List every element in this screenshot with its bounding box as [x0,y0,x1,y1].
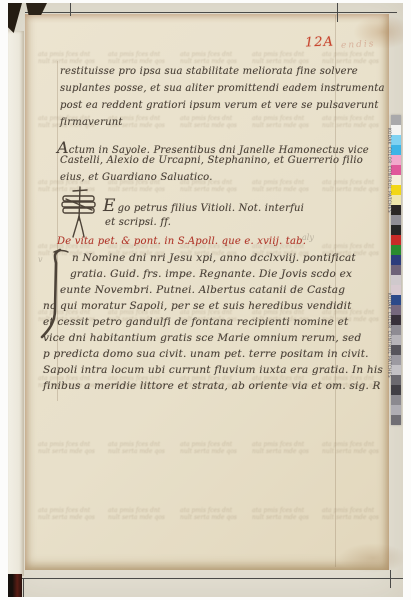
color-patch [391,255,401,265]
color-patch [391,245,401,255]
main-text-line: p predicta domo sua civit. unam pet. ter… [43,348,369,364]
color-patch [391,325,401,335]
ghost-text-patch: ata pmis fces dntnult serta mde qos [108,51,165,65]
color-patch [391,155,401,165]
ghost-text-patch: ata pmis fces dntnult serta mde qos [108,441,165,455]
binding-clamp-bottom-left [8,574,22,597]
ghost-text-patch: ata pmis fces dntnult serta mde qos [180,441,237,455]
color-patch [391,415,401,425]
actum-text-line: Actum in Sayole. Presentibus dni Janelle… [57,138,369,154]
ghost-text-patch: ata pmis fces dntnult serta mde qos [252,179,309,193]
ghost-text-patch: ata pmis fces dntnult serta mde qos [38,507,95,521]
main-text-line: n Nomine dni nri Jesu xpi, anno dcclxvii… [72,252,356,268]
ghost-text-patch: ata pmis fces dntnult serta mde qos [180,51,237,65]
color-patch [391,275,401,285]
attestation-line: Ego petrus filius Vitioli. Not. interfui [103,196,304,212]
color-patch [391,185,401,195]
color-patch [391,405,401,415]
color-patch [391,305,401,315]
color-patch [391,355,401,365]
color-patch [391,205,401,215]
color-patch [391,365,401,375]
photo-frame-top [0,0,411,3]
photo-frame-left [0,0,8,600]
ghost-text-patch: ata pmis fces dntnult serta mde qos [38,51,95,65]
attestation-initial: E [103,196,116,216]
color-patch [391,265,401,275]
upper-text-line: suplantes posse, et sua aliter promitten… [60,83,385,99]
faded-inscription: endis [341,39,376,51]
main-text-line: no qui moratur Sapoli, per se et suis he… [43,300,352,316]
color-patch [391,175,401,185]
ghost-text-patch: ata pmis fces dntnult serta mde qos [252,441,309,455]
main-text-line: gratia. Guid. frs. impe. Regnante. Die J… [70,268,352,284]
ghost-text-patch: ata pmis fces dntnult serta mde qos [322,507,379,521]
color-patch [391,295,401,305]
color-patch [391,115,401,125]
ghost-text-patch: ata pmis fces dntnult serta mde qos [322,115,379,129]
color-bar-label: KODAK COLOR CONTROL PATCHES [387,293,392,378]
main-text-line: Sapoli intra locum ubi currunt fluvium i… [43,364,383,380]
color-patch [391,225,401,235]
upper-text-line: post ea reddent gratiori ipsum verum et … [60,100,379,116]
color-bar-label: KODAK COLOR CONTROL PATCHES [387,128,392,213]
color-patch [391,135,401,145]
ghost-text-patch: ata pmis fces dntnult serta mde qos [108,507,165,521]
upper-text-line: restituisse pro ipsa sua stabilitate mel… [60,66,358,82]
color-patch [391,315,401,325]
color-patch [391,285,401,295]
ghost-text-patch: ata pmis fces dntnult serta mde qos [252,115,309,129]
manuscript-photograph: ata pmis fces dntnult serta mde qosata p… [8,3,403,597]
ghost-text-patch: ata pmis fces dntnult serta mde qos [180,507,237,521]
notary-signum-icon [58,186,102,240]
attestation-line: et scripsi. ff. [105,217,171,233]
color-patch [391,385,401,395]
main-text-line: vice dni habitantium gratis sce Marie om… [43,332,361,348]
upper-text-line: firmaverunt [60,117,123,133]
color-patch [391,375,401,385]
color-patch [391,145,401,155]
ghost-text-patch: ata pmis fces dntnult serta mde qos [180,115,237,129]
ghost-text-patch: ata pmis fces dntnult serta mde qos [322,51,379,65]
photo-frame-right [403,0,411,600]
main-text-line: finibus a meridie littore et strata, ab … [43,380,381,396]
color-calibration-bar [391,115,401,425]
margin-scribble: aly [302,233,314,242]
color-patch [391,195,401,205]
ghost-text-patch: ata pmis fces dntnult serta mde qos [322,179,379,193]
color-patch [391,395,401,405]
rubric-line: De vita pet. & pont. in S.Apoll. que e. … [57,236,306,252]
bottom-right-register-tick [390,570,391,588]
top-left-register-tick [70,3,71,16]
color-patch [391,215,401,225]
color-patch [391,165,401,175]
ghost-text-patch: ata pmis fces dntnult serta mde qos [322,441,379,455]
ghost-text-patch: ata pmis fces dntnult serta mde qos [252,507,309,521]
top-crop-line [25,12,397,13]
attestation-text: go petrus filius Vitioli. Not. interfui [118,203,304,214]
top-right-register-tick [337,3,338,22]
folio-number: 12A [305,34,334,50]
actum-text-line: Castelli, Alexio de Urcapni, Stephanino,… [60,155,363,171]
color-patch [391,335,401,345]
ghost-text-patch: ata pmis fces dntnult serta mde qos [252,51,309,65]
color-patch [391,235,401,245]
bottom-crop-line [20,578,403,579]
color-patch [391,125,401,135]
bottom-left-register-tick [23,578,24,597]
main-text-line: eunte Novembri. Putnei. Albertus catanii… [60,284,345,300]
ghost-text-patch: ata pmis fces dntnult serta mde qos [38,441,95,455]
main-text-line: et cessit petro gandulfi de fontana reci… [43,316,348,332]
color-patch [391,345,401,355]
